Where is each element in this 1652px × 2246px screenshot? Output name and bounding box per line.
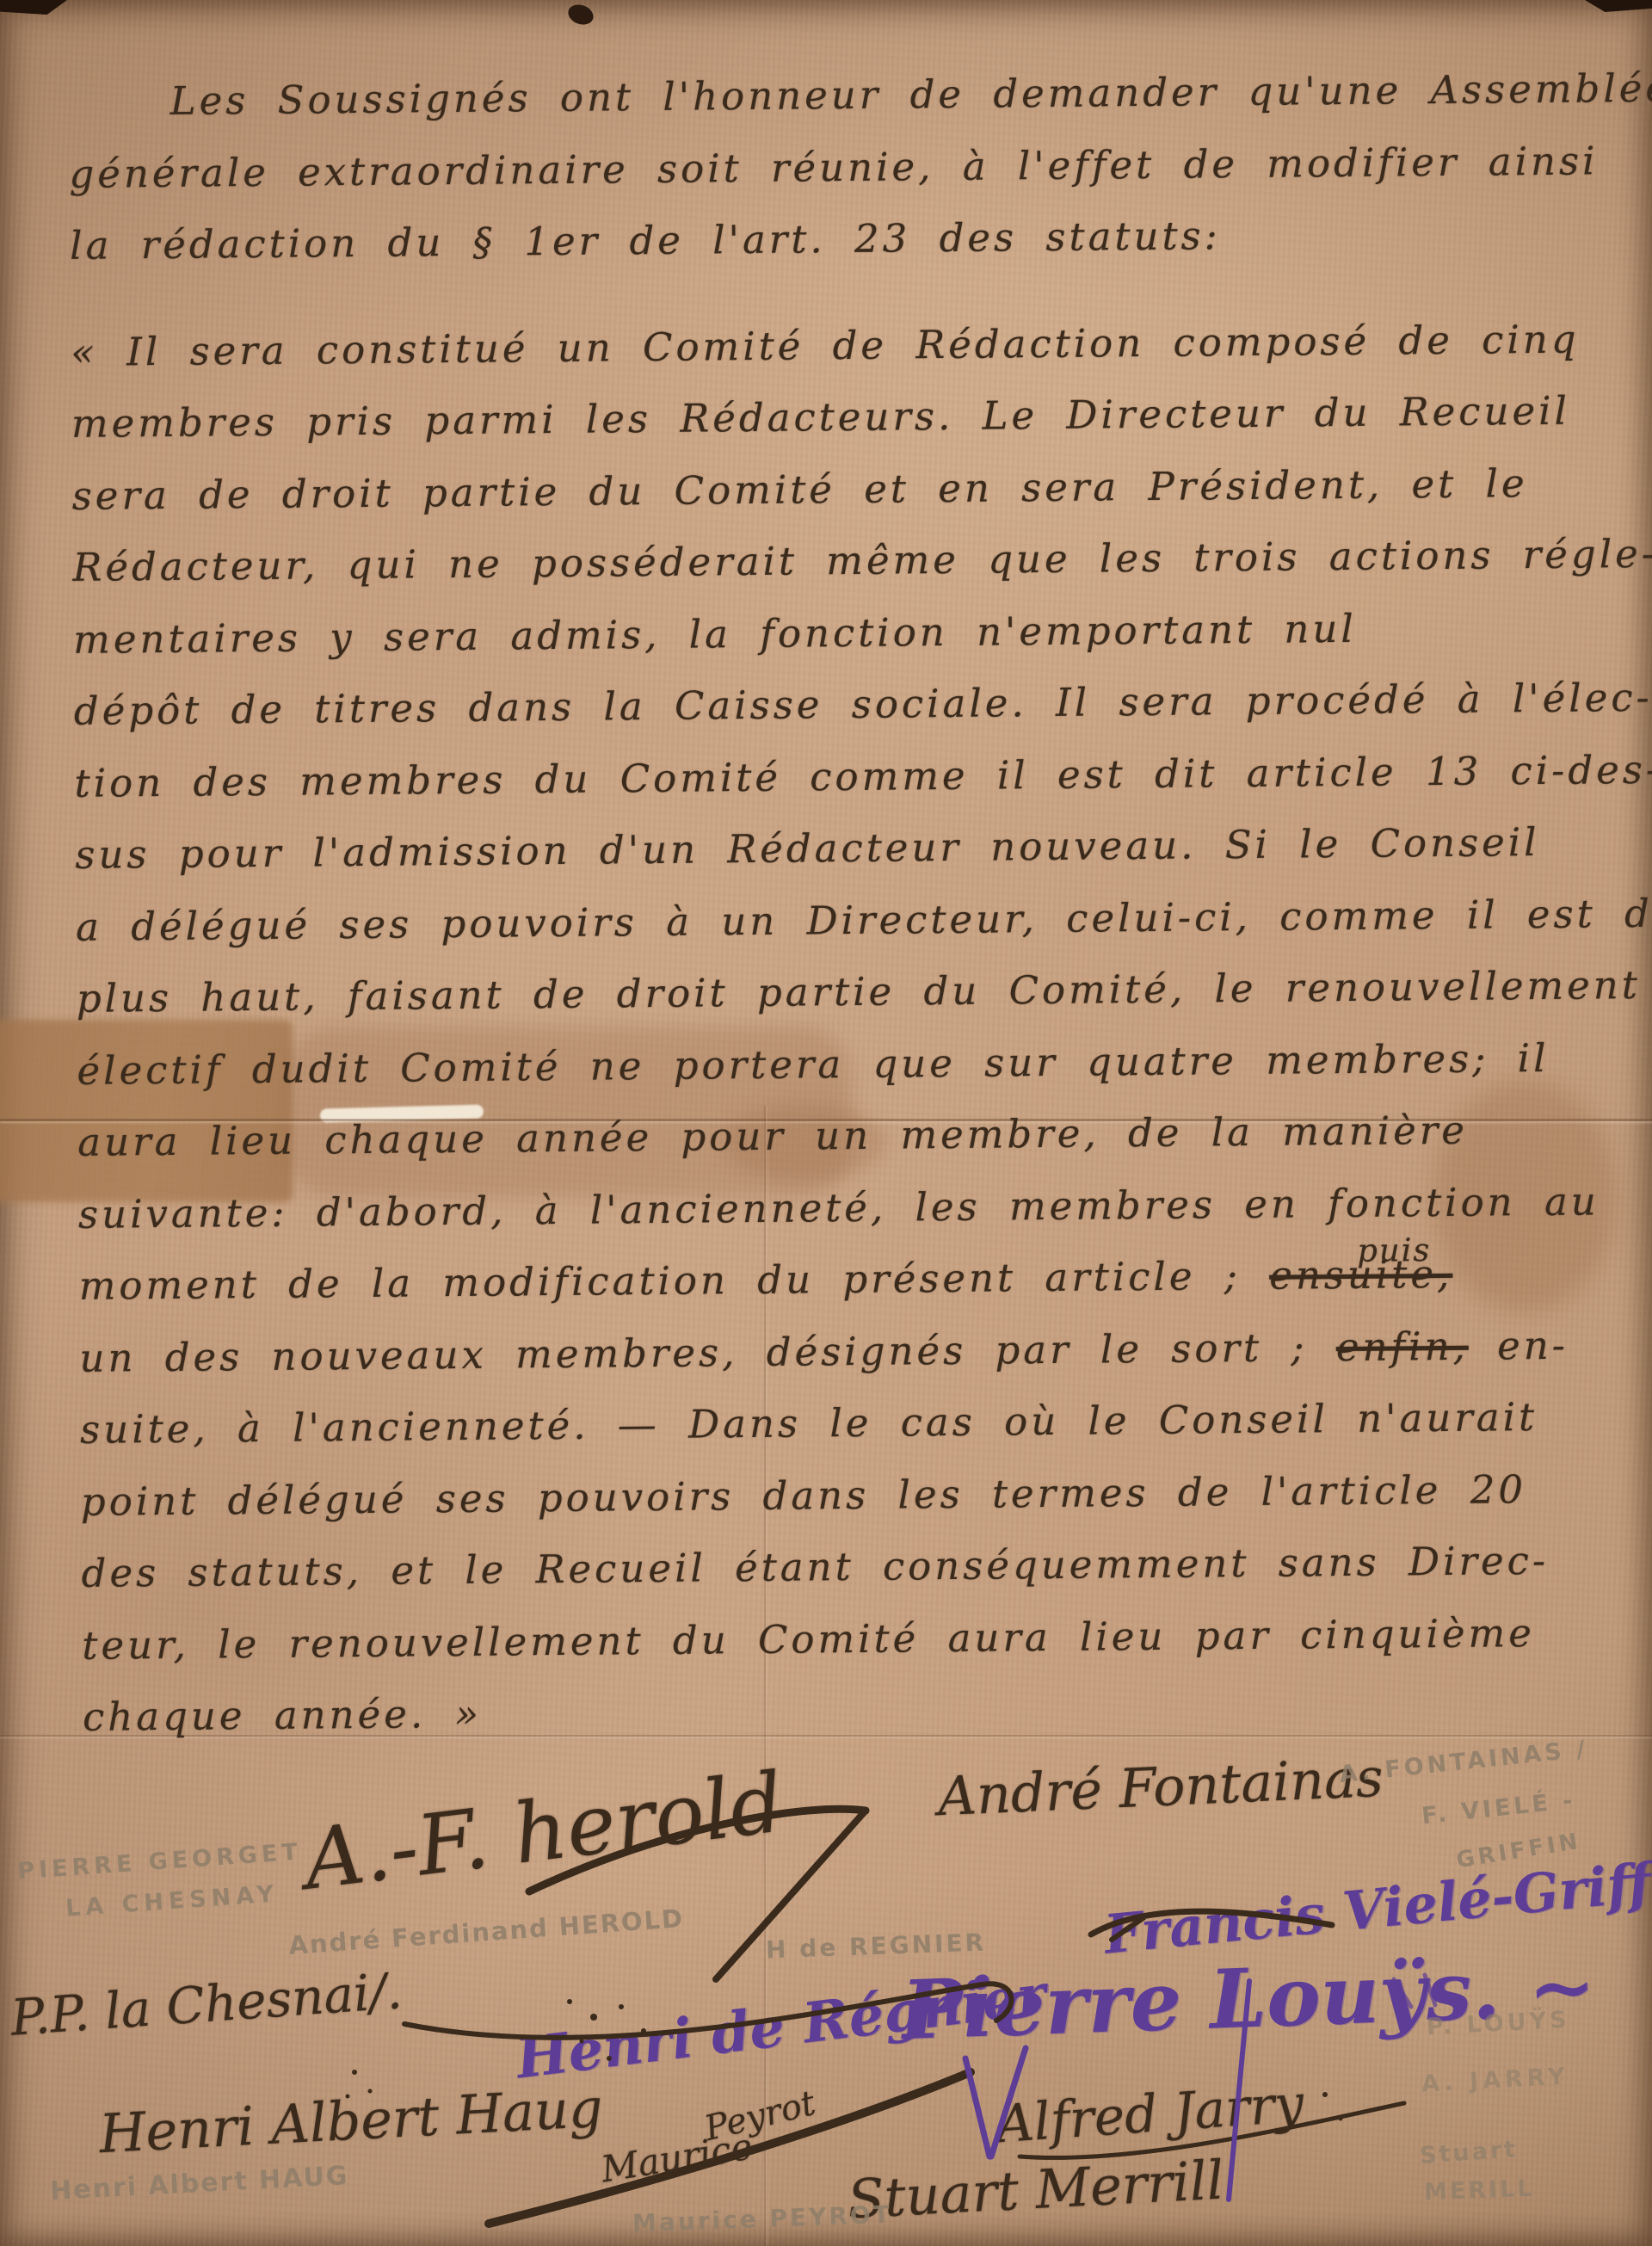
manuscript-line: la rédaction du § 1er de l'art. 23 des s… <box>70 209 1619 294</box>
line-text: en- <box>1469 1322 1569 1368</box>
manuscript-line: tion des membres du Comité comme il est … <box>74 747 1624 832</box>
manuscript-line: suite, à l'ancienneté. — Dans le cas où … <box>80 1393 1630 1478</box>
manuscript-line: sera de droit partie du Comité et en ser… <box>71 460 1621 545</box>
manuscript-line: électif dudit Comité ne portera que sur … <box>77 1034 1626 1120</box>
manuscript-line: a délégué ses pouvoirs à un Directeur, c… <box>76 891 1625 976</box>
manuscript-line: membres pris parmi les Rédacteurs. Le Di… <box>71 387 1621 472</box>
manuscript-line: dépôt de titres dans la Caisse sociale. … <box>74 675 1624 760</box>
struck-word: enfin, <box>1336 1323 1469 1369</box>
correction: ensuite,puis <box>1269 1251 1453 1299</box>
annotation-merrill-line2: MERILL <box>1423 2175 1535 2206</box>
manuscript-line-with-correction: un des nouveaux membres, désignés par le… <box>79 1322 1629 1407</box>
manuscript-line: mentaires y sera admis, la fonction n'em… <box>73 603 1623 688</box>
inserted-word: puis <box>1357 1231 1431 1269</box>
line-text: moment de la modification du présent art… <box>78 1253 1269 1309</box>
manuscript-line: Les Soussignés ont l'honneur de demander… <box>68 65 1618 151</box>
line-text: un des nouveaux membres, désignés par le… <box>79 1324 1336 1381</box>
quoted-article-paragraph: « Il sera constitué un Comité de Rédacti… <box>71 316 1632 1767</box>
manuscript-line: plus haut, faisant de droit partie du Co… <box>77 962 1626 1047</box>
manuscript-line: des statuts, et le Recueil étant conséqu… <box>81 1537 1630 1622</box>
manuscript-line: aura lieu chaque année pour un membre, d… <box>77 1106 1627 1191</box>
manuscript-line: sus pour l'admission d'un Rédacteur nouv… <box>75 818 1624 904</box>
manuscript-line: « Il sera constitué un Comité de Rédacti… <box>71 316 1620 401</box>
opening-paragraph: Les Soussignés ont l'honneur de demander… <box>68 65 1618 294</box>
manuscript-text: Les Soussignés ont l'honneur de demander… <box>68 65 1631 1766</box>
manuscript-line-with-correction: moment de la modification du présent art… <box>78 1249 1628 1335</box>
manuscript-line: point délégué ses pouvoirs dans les term… <box>81 1465 1630 1551</box>
manuscript-line: générale extraordinaire soit réunie, à l… <box>69 138 1618 223</box>
manuscript-line: chaque année. » <box>83 1681 1632 1766</box>
manuscript-line: Rédacteur, qui ne posséderait même que l… <box>72 531 1622 616</box>
scanned-letter-page: { "colors": { "paper": "#c7a181", "ink":… <box>0 0 1652 2246</box>
manuscript-line: teur, le renouvellement du Comité aura l… <box>82 1609 1631 1694</box>
